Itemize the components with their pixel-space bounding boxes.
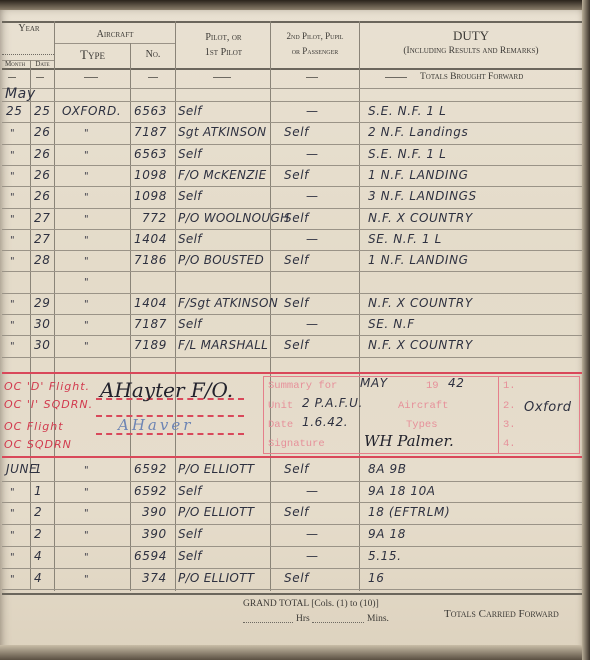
row-rule [2, 568, 582, 569]
entry-month: " [10, 552, 15, 563]
entry-no: 390 [142, 505, 167, 519]
entry-type: " [84, 508, 89, 519]
row-rule [2, 481, 582, 482]
entry-type: " [84, 299, 89, 310]
entry-second: — [306, 317, 319, 331]
row-rule [2, 546, 582, 547]
type-num-4: 4. [503, 438, 516, 450]
row-rule [2, 314, 582, 315]
entry-date: 1 [34, 462, 42, 476]
oc-squadron-signature: AHaver [118, 416, 193, 434]
entry-second: Self [284, 211, 309, 225]
entry-month: " [10, 235, 15, 246]
row-rule [2, 335, 582, 336]
aircraft-subheader-rule [55, 43, 175, 44]
col-rule-type [130, 43, 131, 591]
header-month: Month [0, 58, 30, 71]
mins-field [312, 622, 364, 623]
entry-type: " [84, 574, 89, 585]
entry-duty: S.E. N.F. 1 L [368, 104, 446, 118]
entry-type: " [84, 128, 89, 139]
entry-duty: 8A 9B [368, 462, 407, 476]
entry-date: 4 [34, 571, 42, 585]
entry-date: 26 [34, 147, 50, 161]
entry-second: — [306, 189, 319, 203]
year-suffix: 42 [448, 376, 464, 390]
entry-pilot: F/L MARSHALL [178, 338, 268, 352]
entry-month: JUNE [6, 462, 37, 476]
row-rule [2, 524, 582, 525]
entry-month: " [10, 530, 15, 541]
entry-duty: 3 N.F. LANDINGS [368, 189, 477, 203]
oc-flight-label-2: OC Flight [4, 420, 64, 433]
entry-no: 6594 [134, 549, 167, 563]
entry-pilot: P/O ELLIOTT [178, 571, 254, 585]
summary-for-label: Summary for [268, 380, 337, 392]
header-year: Year [4, 22, 54, 35]
header-aircraft: Aircraft [55, 28, 175, 41]
col-rule-no [175, 21, 176, 591]
entry-duty: SE. N.F. 1 L [368, 232, 442, 246]
entry-month: " [10, 487, 15, 498]
entry-duty: 18 (EFTRLM) [368, 505, 450, 519]
header-bottom-rule [2, 68, 582, 70]
oc-flight-signature: AHayter F/O. [100, 378, 233, 402]
row-rule [2, 589, 582, 590]
hrs-field [243, 622, 293, 623]
entry-month: " [10, 214, 15, 225]
row-rule [2, 101, 582, 102]
row-rule [2, 208, 582, 209]
entry-month: " [10, 192, 15, 203]
row-rule [2, 271, 582, 272]
entry-second: Self [284, 296, 309, 310]
entry-date: 27 [34, 232, 50, 246]
grand-total-label: GRAND TOTAL [Cols. (1) to (10)] [243, 599, 379, 609]
entry-pilot: P/O ELLIOTT [178, 505, 254, 519]
row-rule [2, 186, 582, 187]
entry-second: Self [284, 125, 309, 139]
footer-top-rule [2, 593, 582, 595]
entry-date: 2 [34, 505, 42, 519]
dash [8, 77, 16, 78]
totals-carried-forward: Totals Carried Forward [444, 608, 559, 620]
entry-no: 1404 [134, 296, 167, 310]
entry-duty: 9A 18 10A [368, 484, 436, 498]
col-rule-month [30, 60, 31, 590]
entry-no: 1098 [134, 189, 167, 203]
types-label: Types [406, 419, 438, 431]
entry-no: 7187 [134, 317, 167, 331]
entry-pilot: Self [178, 317, 202, 331]
entry-no: 6563 [134, 104, 167, 118]
header-second-pilot-2: or Passenger [271, 45, 359, 58]
entry-second: Self [284, 253, 309, 267]
entry-type: " [84, 235, 89, 246]
entry-type: " [84, 277, 89, 288]
entry-duty: 2 N.F. Landings [368, 125, 468, 139]
entry-pilot: Self [178, 147, 202, 161]
entry-pilot: Self [178, 484, 202, 498]
entry-duty: N.F. X COUNTRY [368, 296, 473, 310]
entry-date: 2 [34, 527, 42, 541]
entry-pilot: Self [178, 232, 202, 246]
page-top-shadow [0, 0, 590, 10]
header-second-pilot-1: 2nd Pilot, Pupil [271, 30, 359, 43]
entry-month: " [10, 299, 15, 310]
entry-type: " [84, 320, 89, 331]
entry-no: 6592 [134, 462, 167, 476]
entry-no: 1404 [134, 232, 167, 246]
entry-month: " [10, 508, 15, 519]
entry-type: " [84, 150, 89, 161]
entry-type: " [84, 171, 89, 182]
entry-pilot: P/O ELLIOTT [178, 462, 254, 476]
summary-month: MAY [360, 376, 388, 390]
entry-type: " [84, 530, 89, 541]
header-no: No. [131, 48, 175, 61]
entry-month: " [10, 574, 15, 585]
type-num-3: 3. [503, 419, 516, 431]
entry-second: — [306, 549, 319, 563]
entry-no: 772 [142, 211, 167, 225]
dash [385, 77, 407, 78]
entry-second: Self [284, 462, 309, 476]
header-pilot-2: 1st Pilot [176, 46, 271, 59]
page-bottom-edge [0, 645, 590, 660]
entry-pilot: Self [178, 104, 202, 118]
entry-type: " [84, 192, 89, 203]
entry-pilot: Self [178, 189, 202, 203]
entry-type: " [84, 214, 89, 225]
entry-second: Self [284, 338, 309, 352]
entry-date: 30 [34, 317, 50, 331]
entry-no: 7187 [134, 125, 167, 139]
entry-duty: SE. N.F [368, 317, 415, 331]
entry-duty: 16 [368, 571, 384, 585]
type-value-2: Oxford [524, 400, 572, 415]
entry-date: 26 [34, 189, 50, 203]
hrs-label: Hrs [296, 614, 310, 624]
row-rule [2, 250, 582, 251]
summary-top-red-rule [2, 372, 582, 374]
entry-date: 1 [34, 484, 42, 498]
date-value: 1.6.42. [302, 415, 348, 429]
entry-no: 1098 [134, 168, 167, 182]
header-duty-sub: (Including Results and Remarks) [360, 45, 582, 58]
entry-pilot: F/O McKENZIE [178, 168, 267, 182]
entry-pilot: F/Sgt ATKINSON [178, 296, 278, 310]
entry-type: " [84, 341, 89, 352]
year-prefix: 19 [426, 380, 439, 392]
type-num-2: 2. [503, 400, 516, 412]
oc-squadron-label: OC 'I' SQDRN. [4, 398, 93, 411]
entry-date: 26 [34, 125, 50, 139]
month-label-may: May [5, 86, 36, 102]
summary-bottom-red-rule [2, 456, 582, 458]
row-rule [2, 229, 582, 230]
entry-date: 4 [34, 549, 42, 563]
row-rule [2, 144, 582, 145]
entry-date: 26 [34, 168, 50, 182]
entry-date: 29 [34, 296, 50, 310]
entry-type: OXFORD. [62, 104, 121, 118]
entry-pilot: Sgt ATKINSON [178, 125, 266, 139]
entry-no: 7189 [134, 338, 167, 352]
entry-duty: 9A 18 [368, 527, 406, 541]
header-top-rule [2, 21, 582, 23]
dash [84, 77, 98, 78]
row-rule [2, 165, 582, 166]
dash [148, 77, 158, 78]
entry-duty: N.F. X COUNTRY [368, 211, 473, 225]
entry-pilot: Self [178, 527, 202, 541]
entry-type: " [84, 552, 89, 563]
entry-month: " [10, 320, 15, 331]
entry-month: " [10, 150, 15, 161]
dash [213, 77, 231, 78]
entry-month: 25 [6, 104, 22, 118]
header-duty: DUTY [360, 29, 582, 42]
entry-duty: 5.15. [368, 549, 402, 563]
entry-date: 30 [34, 338, 50, 352]
entry-type: " [84, 487, 89, 498]
entry-second: Self [284, 168, 309, 182]
row-rule [2, 122, 582, 123]
entry-date: 27 [34, 211, 50, 225]
entry-pilot: P/O BOUSTED [178, 253, 264, 267]
entry-date: 28 [34, 253, 50, 267]
entry-second: — [306, 484, 319, 498]
dash [306, 77, 318, 78]
header-type: Type [55, 48, 130, 61]
col-rule-date [54, 21, 55, 591]
oc-squadron-label-2: OC SQDRN [4, 438, 72, 451]
row-rule [2, 293, 582, 294]
entry-no: 6592 [134, 484, 167, 498]
unit-label: Unit [268, 400, 293, 412]
entry-duty: S.E. N.F. 1 L [368, 147, 446, 161]
summary-signature: WH Palmer. [364, 432, 454, 450]
aircraft-label: Aircraft [398, 400, 448, 412]
entry-type: " [84, 256, 89, 267]
type-num-1: 1. [503, 380, 516, 392]
unit-value: 2 P.A.F.U. [302, 396, 363, 410]
totals-brought-forward: Totals Brought Forward [420, 71, 570, 84]
row-rule [2, 88, 582, 89]
entry-duty: 1 N.F. LANDING [368, 168, 469, 182]
entry-pilot: P/O WOOLNOUGH [178, 211, 289, 225]
mins-label: Mins. [367, 614, 389, 624]
entry-second: — [306, 104, 319, 118]
entry-no: 374 [142, 571, 167, 585]
entry-duty: 1 N.F. LANDING [368, 253, 469, 267]
entry-no: 7186 [134, 253, 167, 267]
entry-duty: N.F. X COUNTRY [368, 338, 473, 352]
entry-month: " [10, 128, 15, 139]
oc-flight-label: OC 'D' Flight. [4, 380, 90, 393]
date-label: Date [268, 419, 293, 431]
col-rule-second [359, 21, 360, 591]
entry-second: — [306, 147, 319, 161]
entry-no: 6563 [134, 147, 167, 161]
entry-date: 25 [34, 104, 50, 118]
entry-second: — [306, 527, 319, 541]
dash [36, 77, 44, 78]
entry-no: 390 [142, 527, 167, 541]
entry-pilot: Self [178, 549, 202, 563]
row-rule [2, 502, 582, 503]
entry-second: Self [284, 571, 309, 585]
logbook-page: Year Month Date Aircraft Type No. Pilot,… [0, 0, 590, 660]
entry-second: Self [284, 505, 309, 519]
entry-type: " [84, 465, 89, 476]
row-rule [2, 357, 582, 358]
entry-month: " [10, 256, 15, 267]
header-pilot-1: Pilot, or [176, 31, 271, 44]
page-right-edge [582, 0, 590, 660]
year-dotted-rule [2, 54, 54, 56]
entry-month: " [10, 341, 15, 352]
entry-month: " [10, 171, 15, 182]
signature-label: Signature [268, 438, 325, 450]
entry-second: — [306, 232, 319, 246]
header-date: Date [31, 58, 54, 71]
